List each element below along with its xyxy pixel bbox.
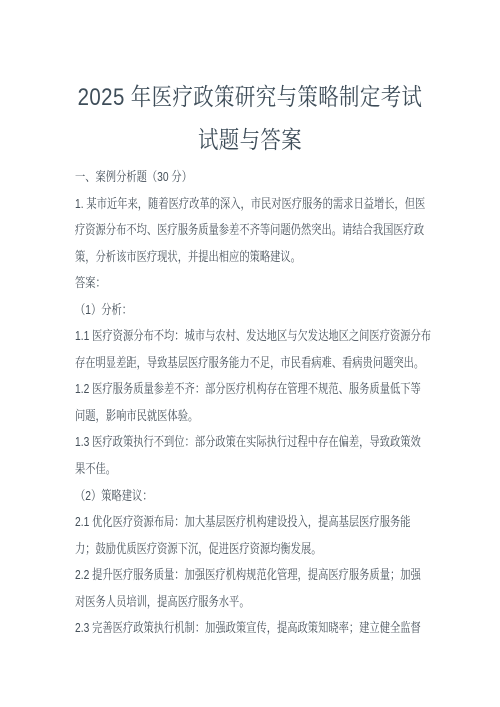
strategy-line: 2.2 提升医疗服务质量：加强医疗机构规范化管理，提高医疗服务质量；加强 (75, 562, 411, 589)
title-line-1: 2025 年医疗政策研究与策略制定考试 (38, 76, 463, 119)
title-line-2: 试题与答案 (38, 119, 463, 162)
strategy-line: 2.1 优化医疗资源布局：加大基层医疗机构建设投入，提高基层医疗服务能 (75, 509, 411, 536)
strategy-line: 2.3 完善医疗政策执行机制：加强政策宣传，提高政策知晓率；建立健全监督 (75, 615, 411, 642)
document-body: 一、案例分析题（30 分） 1. 某市近年来，随着医疗改革的深入，市民对医疗服务… (75, 164, 500, 642)
document-page: 2025 年医疗政策研究与策略制定考试 试题与答案 一、案例分析题（30 分） … (0, 0, 500, 707)
analysis-line: 1.3 医疗政策执行不到位：部分政策在实际执行过程中存在偏差，导致政策效 (75, 429, 411, 456)
analysis-line: 1.1 医疗资源分布不均：城市与农村、发达地区与欠发达地区之间医疗资源分布 (75, 323, 411, 350)
document-title: 2025 年医疗政策研究与策略制定考试 试题与答案 (0, 76, 500, 162)
question-line: 1. 某市近年来，随着医疗改革的深入，市民对医疗服务的需求日益增长，但医 (75, 191, 411, 218)
question-line: 策，分析该市医疗现状，并提出相应的策略建议。 (75, 244, 411, 271)
analysis-line: 问题，影响市民就医体验。 (75, 403, 411, 430)
strategy-line: 对医务人员培训，提高医疗服务水平。 (75, 589, 411, 616)
strategy-heading: （2）策略建议： (75, 483, 411, 510)
question-line: 疗资源分布不均、医疗服务质量参差不齐等问题仍然突出。请结合我国医疗政 (75, 217, 411, 244)
answer-label: 答案： (75, 270, 411, 297)
analysis-line: 1.2 医疗服务质量参差不齐：部分医疗机构存在管理不规范、服务质量低下等 (75, 376, 411, 403)
section-heading: 一、案例分析题（30 分） (75, 164, 411, 191)
analysis-line: 果不佳。 (75, 456, 411, 483)
analysis-heading: （1）分析： (75, 297, 411, 324)
strategy-line: 力；鼓励优质医疗资源下沉，促进医疗资源均衡发展。 (75, 536, 411, 563)
analysis-line: 存在明显差距，导致基层医疗服务能力不足，市民看病难、看病贵问题突出。 (75, 350, 411, 377)
